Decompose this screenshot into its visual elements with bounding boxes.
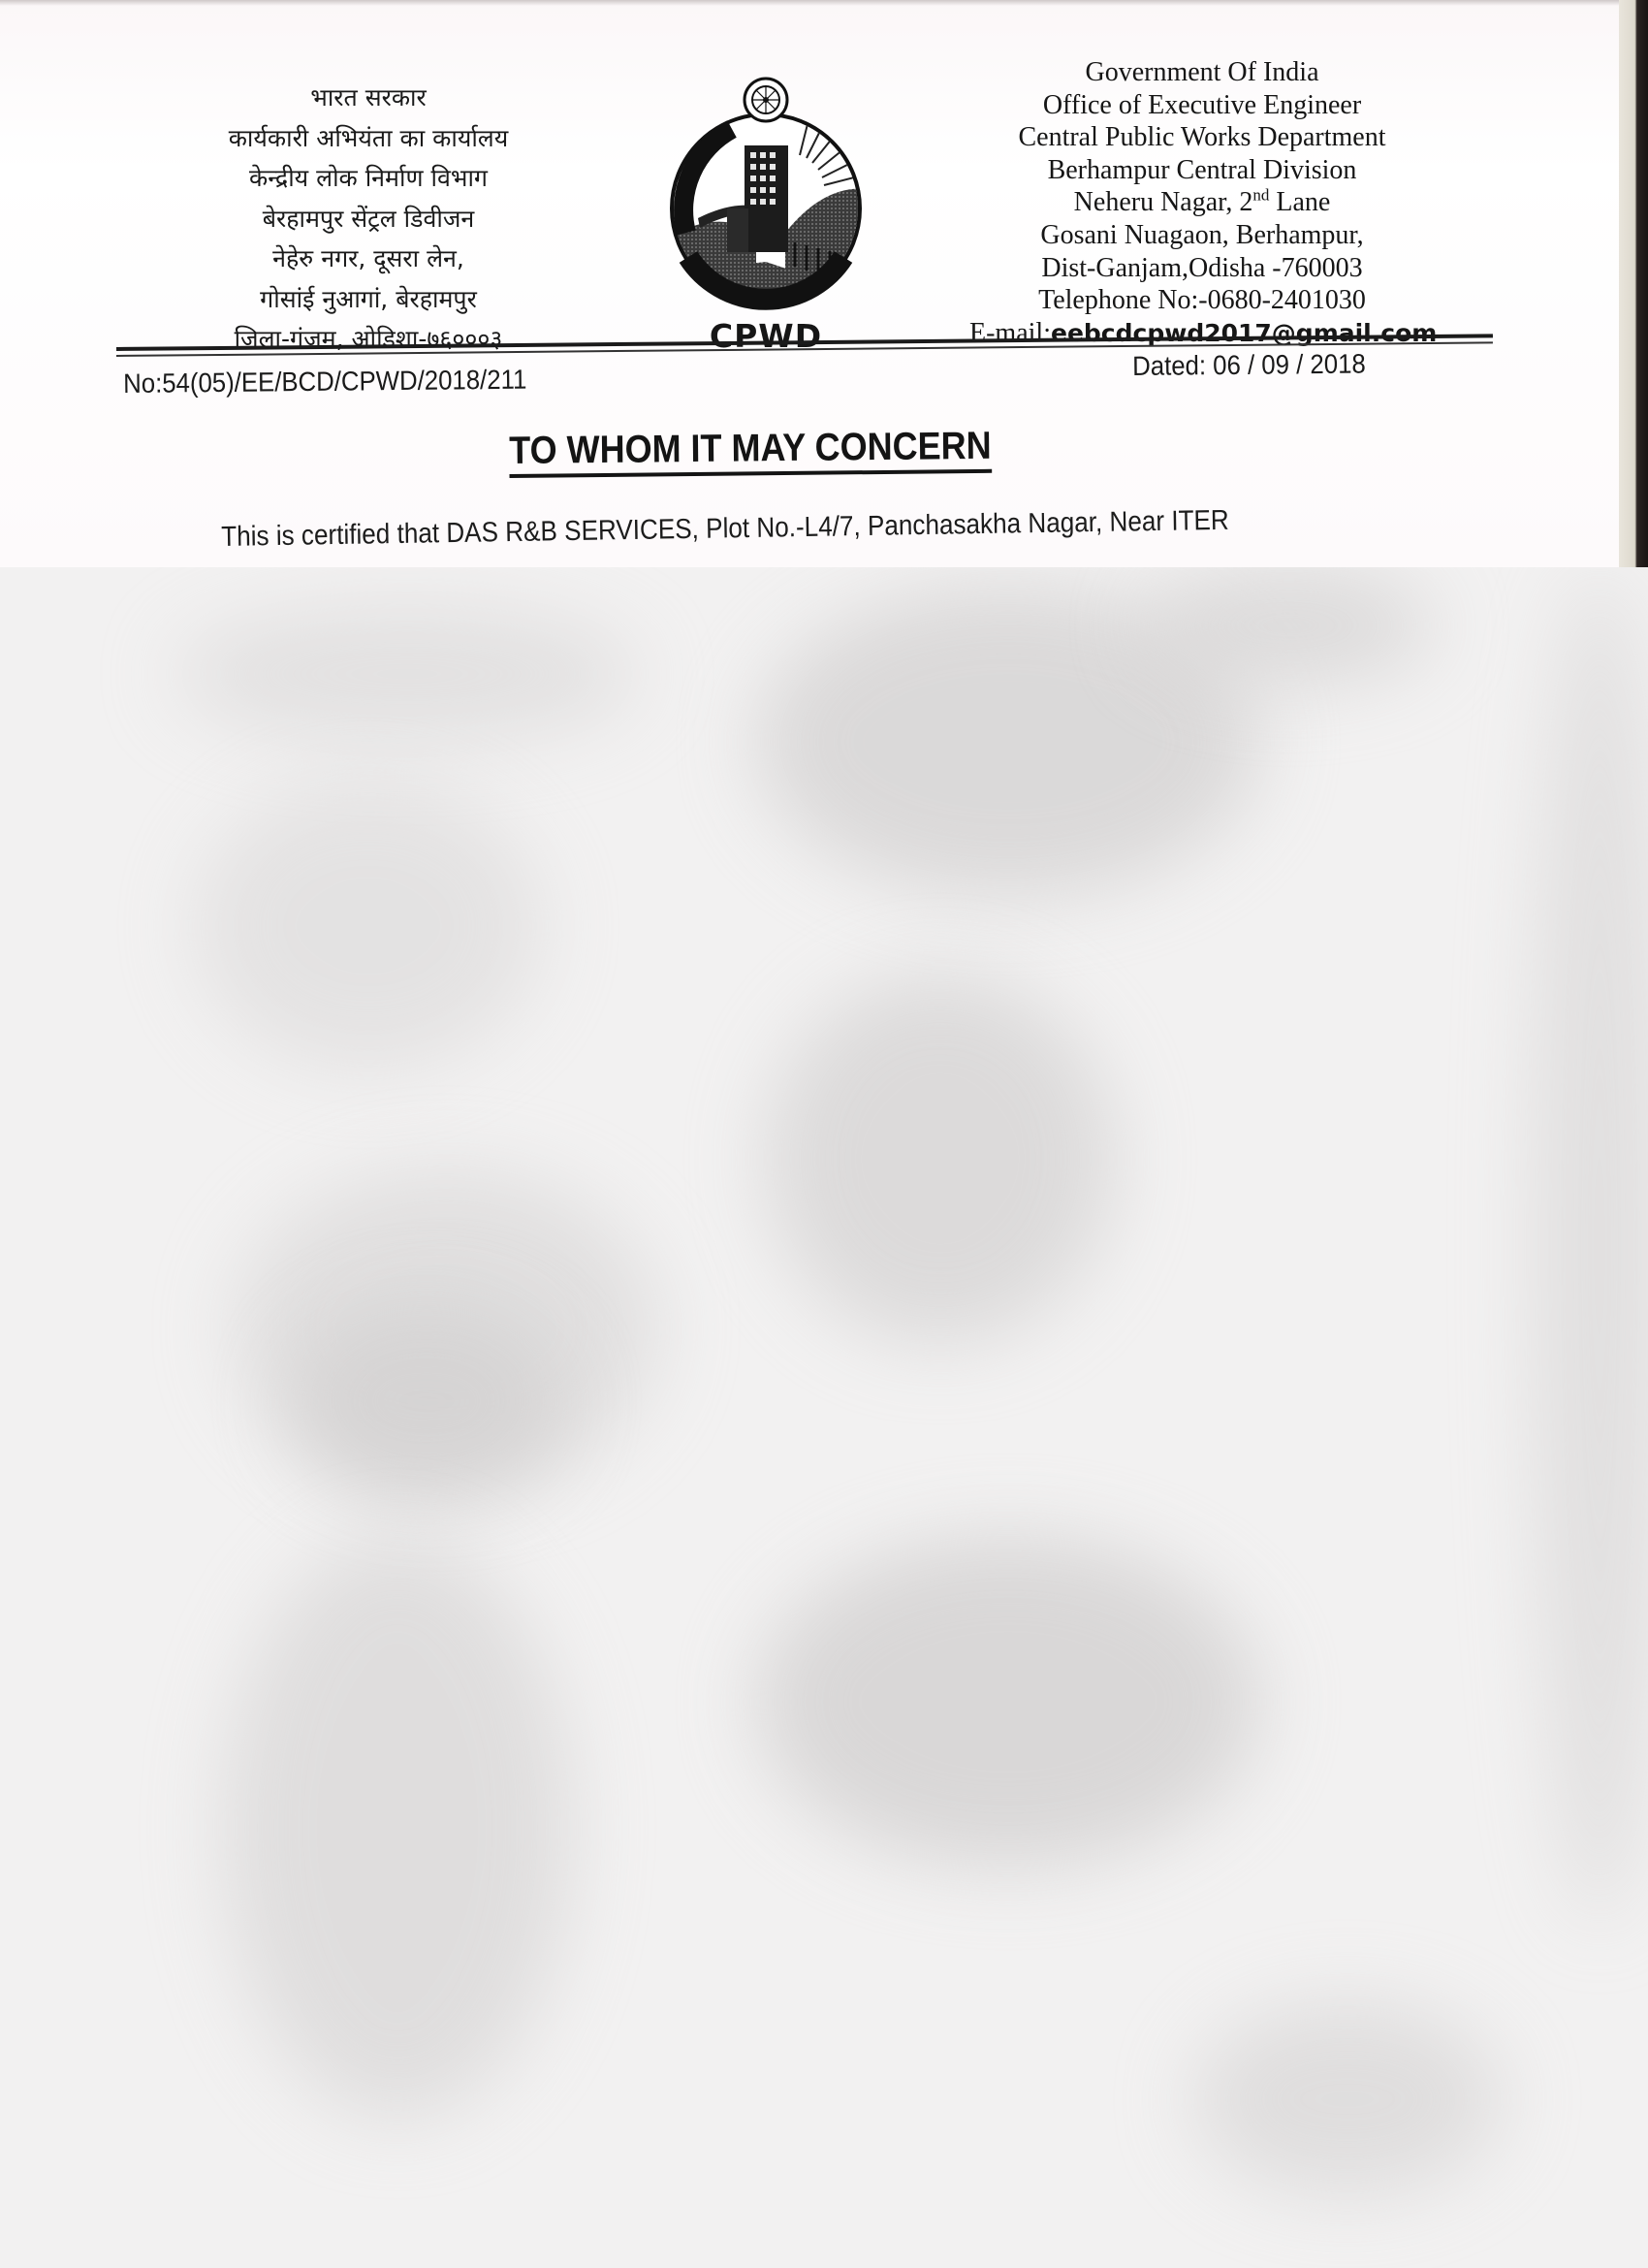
reference-number: No:54(05)/EE/BCD/CPWD/2018/211 [123,365,526,399]
org-line: Government Of India [969,56,1435,89]
scan-top-edge [0,0,1648,6]
hindi-line: भारत सरकार [184,78,553,118]
letterhead-section: भारत सरकार कार्यकारी अभियंता का कार्यालय… [0,0,1648,567]
org-line: Office of Executive Engineer [969,89,1435,122]
paper-edge [1619,0,1648,567]
email-label: E-mail: [969,318,1051,348]
telephone-line: Telephone No:-0680-2401030 [969,284,1435,317]
address-line: Dist-Ganjam,Odisha -760003 [969,252,1435,285]
certificate-page: भारत सरकार कार्यकारी अभियंता का कार्यालय… [0,0,1648,2268]
body-first-line: This is certified that DAS R&B SERVICES,… [221,505,1229,554]
org-line: Berhampur Central Division [969,154,1435,187]
address-street: Neheru Nagar, 2 [1074,187,1253,217]
letter-date: Dated: 06 / 09 / 2018 [1132,348,1366,382]
hindi-line: केन्द्रीय लोक निर्माण विभाग [184,158,553,199]
org-line: Central Public Works Department [969,121,1435,154]
cpwd-emblem-icon [640,63,892,315]
letter-title: TO WHOM IT MAY CONCERN [509,424,992,478]
hindi-line: बेरहामपुर सेंट्रल डिवीजन [184,199,553,240]
letterhead-english: Government Of India Office of Executive … [969,56,1435,349]
hindi-line: कार्यकारी अभियंता का कार्यालय [184,118,553,159]
address-lane: Lane [1269,187,1330,217]
ordinal-suffix: nd [1252,186,1269,205]
cpwd-logo: CPWD [640,63,892,354]
address-line: Gosani Nuagaon, Berhampur, [969,219,1435,252]
letterhead-hindi: भारत सरकार कार्यकारी अभियंता का कार्यालय… [184,78,553,360]
address-line: Neheru Nagar, 2nd Lane [969,186,1435,219]
hindi-line: गोसांई नुआगां, बेरहामपुर [184,279,553,320]
blurred-body-region [0,567,1648,2268]
hindi-line: नेहेरु नगर, दूसरा लेन, [184,239,553,279]
